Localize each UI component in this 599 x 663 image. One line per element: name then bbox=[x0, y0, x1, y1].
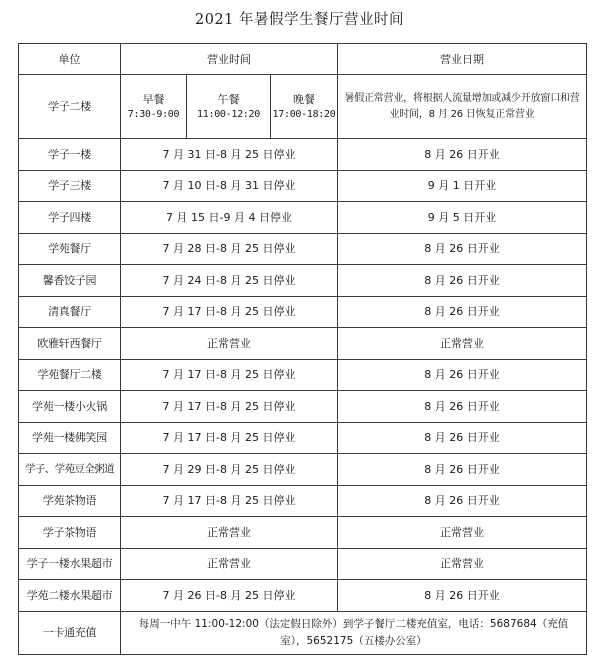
dates-cell: 8 月 26 日开业 bbox=[338, 296, 587, 328]
dates-cell: 8 月 26 日开业 bbox=[338, 454, 587, 486]
table-row: 馨香饺子园 7 月 24 日-8 月 25 日停业 8 月 26 日开业 bbox=[19, 265, 587, 297]
dates-notice: 暑假正常营业，将根据人流量增加或减少开放窗口和营业时间，8 月 26 日恢复正常… bbox=[338, 75, 587, 139]
dates-cell: 正常营业 bbox=[338, 517, 587, 549]
table-row: 学子四楼 7 月 15 日-9 月 4 日停业 9 月 5 日开业 bbox=[19, 202, 587, 234]
header-unit: 单位 bbox=[19, 44, 121, 75]
unit-cell: 学子茶物语 bbox=[19, 517, 121, 549]
breakfast-cell: 早餐 7:30-9:00 bbox=[121, 75, 187, 139]
hours-cell: 7 月 17 日-8 月 25 日停业 bbox=[121, 391, 338, 423]
dinner-time: 17:00-18:20 bbox=[271, 107, 337, 122]
table-row: 学子、学苑豆全粥道 7 月 29 日-8 月 25 日停业 8 月 26 日开业 bbox=[19, 454, 587, 486]
unit-cell: 学苑一楼佛笑园 bbox=[19, 422, 121, 454]
dates-cell: 8 月 26 日开业 bbox=[338, 485, 587, 517]
hours-cell: 7 月 24 日-8 月 25 日停业 bbox=[121, 265, 338, 297]
table-row: 学苑茶物语 7 月 17 日-8 月 25 日停业 8 月 26 日开业 bbox=[19, 485, 587, 517]
unit-cell: 学苑茶物语 bbox=[19, 485, 121, 517]
dinner-cell: 晚餐 17:00-18:20 bbox=[271, 75, 338, 139]
hours-cell: 7 月 29 日-8 月 25 日停业 bbox=[121, 454, 338, 486]
recharge-row: 一卡通充值 每周一中午 11:00-12:00（法定假日除外）到学子餐厅二楼充值… bbox=[19, 611, 587, 654]
table-row: 学子茶物语 正常营业 正常营业 bbox=[19, 517, 587, 549]
hours-cell: 7 月 15 日-9 月 4 日停业 bbox=[121, 202, 338, 234]
dates-cell: 8 月 26 日开业 bbox=[338, 580, 587, 612]
header-dates: 营业日期 bbox=[338, 44, 587, 75]
hours-cell: 7 月 26 日-8 月 25 日停业 bbox=[121, 580, 338, 612]
table-row: 学子一楼 7 月 31 日-8 月 25 日停业 8 月 26 日开业 bbox=[19, 139, 587, 171]
hours-cell: 正常营业 bbox=[121, 517, 338, 549]
hours-cell: 7 月 17 日-8 月 25 日停业 bbox=[121, 422, 338, 454]
page-title: 2021 年暑假学生餐厅营业时间 bbox=[0, 8, 599, 29]
dates-cell: 9 月 5 日开业 bbox=[338, 202, 587, 234]
unit-cell: 馨香饺子园 bbox=[19, 265, 121, 297]
unit-cell: 清真餐厅 bbox=[19, 296, 121, 328]
table-row: 学子三楼 7 月 10 日-8 月 31 日停业 9 月 1 日开业 bbox=[19, 170, 587, 202]
dates-cell: 8 月 26 日开业 bbox=[338, 265, 587, 297]
header-row: 单位 营业时间 营业日期 bbox=[19, 44, 587, 75]
hours-cell: 正常营业 bbox=[121, 548, 338, 580]
recharge-info: 每周一中午 11:00-12:00（法定假日除外）到学子餐厅二楼充值室，电话：5… bbox=[121, 611, 587, 654]
dates-cell: 8 月 26 日开业 bbox=[338, 391, 587, 423]
dinner-label: 晚餐 bbox=[271, 92, 337, 107]
unit-cell: 学苑二楼水果超市 bbox=[19, 580, 121, 612]
hours-cell: 7 月 17 日-8 月 25 日停业 bbox=[121, 296, 338, 328]
unit-cell: 一卡通充值 bbox=[19, 611, 121, 654]
unit-cell: 学苑餐厅二楼 bbox=[19, 359, 121, 391]
table-row: 学子一楼水果超市 正常营业 正常营业 bbox=[19, 548, 587, 580]
table-row: 学苑二楼水果超市 7 月 26 日-8 月 25 日停业 8 月 26 日开业 bbox=[19, 580, 587, 612]
lunch-cell: 午餐 11:00-12:20 bbox=[187, 75, 271, 139]
unit-cell: 学苑餐厅 bbox=[19, 233, 121, 265]
unit-cell: 学子四楼 bbox=[19, 202, 121, 234]
hours-cell: 7 月 31 日-8 月 25 日停业 bbox=[121, 139, 338, 171]
dates-cell: 8 月 26 日开业 bbox=[338, 359, 587, 391]
unit-cell: 欧雅轩西餐厅 bbox=[19, 328, 121, 360]
lunch-time: 11:00-12:20 bbox=[187, 107, 270, 122]
unit-cell: 学苑一楼小火锅 bbox=[19, 391, 121, 423]
dates-cell: 8 月 26 日开业 bbox=[338, 422, 587, 454]
dates-cell: 正常营业 bbox=[338, 548, 587, 580]
hours-cell: 7 月 28 日-8 月 25 日停业 bbox=[121, 233, 338, 265]
table-row: 清真餐厅 7 月 17 日-8 月 25 日停业 8 月 26 日开业 bbox=[19, 296, 587, 328]
hours-cell: 7 月 10 日-8 月 31 日停业 bbox=[121, 170, 338, 202]
schedule-table: 单位 营业时间 营业日期 学子二楼 早餐 7:30-9:00 午餐 11:00-… bbox=[18, 43, 587, 655]
dates-cell: 8 月 26 日开业 bbox=[338, 139, 587, 171]
unit-cell: 学子一楼 bbox=[19, 139, 121, 171]
meal-row: 学子二楼 早餐 7:30-9:00 午餐 11:00-12:20 晚餐 17:0… bbox=[19, 75, 587, 139]
table-row: 欧雅轩西餐厅 正常营业 正常营业 bbox=[19, 328, 587, 360]
dates-cell: 8 月 26 日开业 bbox=[338, 233, 587, 265]
hours-cell: 7 月 17 日-8 月 25 日停业 bbox=[121, 485, 338, 517]
hours-cell: 正常营业 bbox=[121, 328, 338, 360]
lunch-label: 午餐 bbox=[187, 92, 270, 107]
table-row: 学苑餐厅二楼 7 月 17 日-8 月 25 日停业 8 月 26 日开业 bbox=[19, 359, 587, 391]
hours-cell: 7 月 17 日-8 月 25 日停业 bbox=[121, 359, 338, 391]
unit-cell: 学子一楼水果超市 bbox=[19, 548, 121, 580]
table-row: 学苑一楼佛笑园 7 月 17 日-8 月 25 日停业 8 月 26 日开业 bbox=[19, 422, 587, 454]
dates-cell: 正常营业 bbox=[338, 328, 587, 360]
breakfast-label: 早餐 bbox=[121, 92, 186, 107]
table-row: 学苑一楼小火锅 7 月 17 日-8 月 25 日停业 8 月 26 日开业 bbox=[19, 391, 587, 423]
unit-cell: 学子二楼 bbox=[19, 75, 121, 139]
unit-cell: 学子三楼 bbox=[19, 170, 121, 202]
dates-cell: 9 月 1 日开业 bbox=[338, 170, 587, 202]
header-hours: 营业时间 bbox=[121, 44, 338, 75]
breakfast-time: 7:30-9:00 bbox=[121, 107, 186, 122]
table-row: 学苑餐厅 7 月 28 日-8 月 25 日停业 8 月 26 日开业 bbox=[19, 233, 587, 265]
unit-cell: 学子、学苑豆全粥道 bbox=[19, 454, 121, 486]
